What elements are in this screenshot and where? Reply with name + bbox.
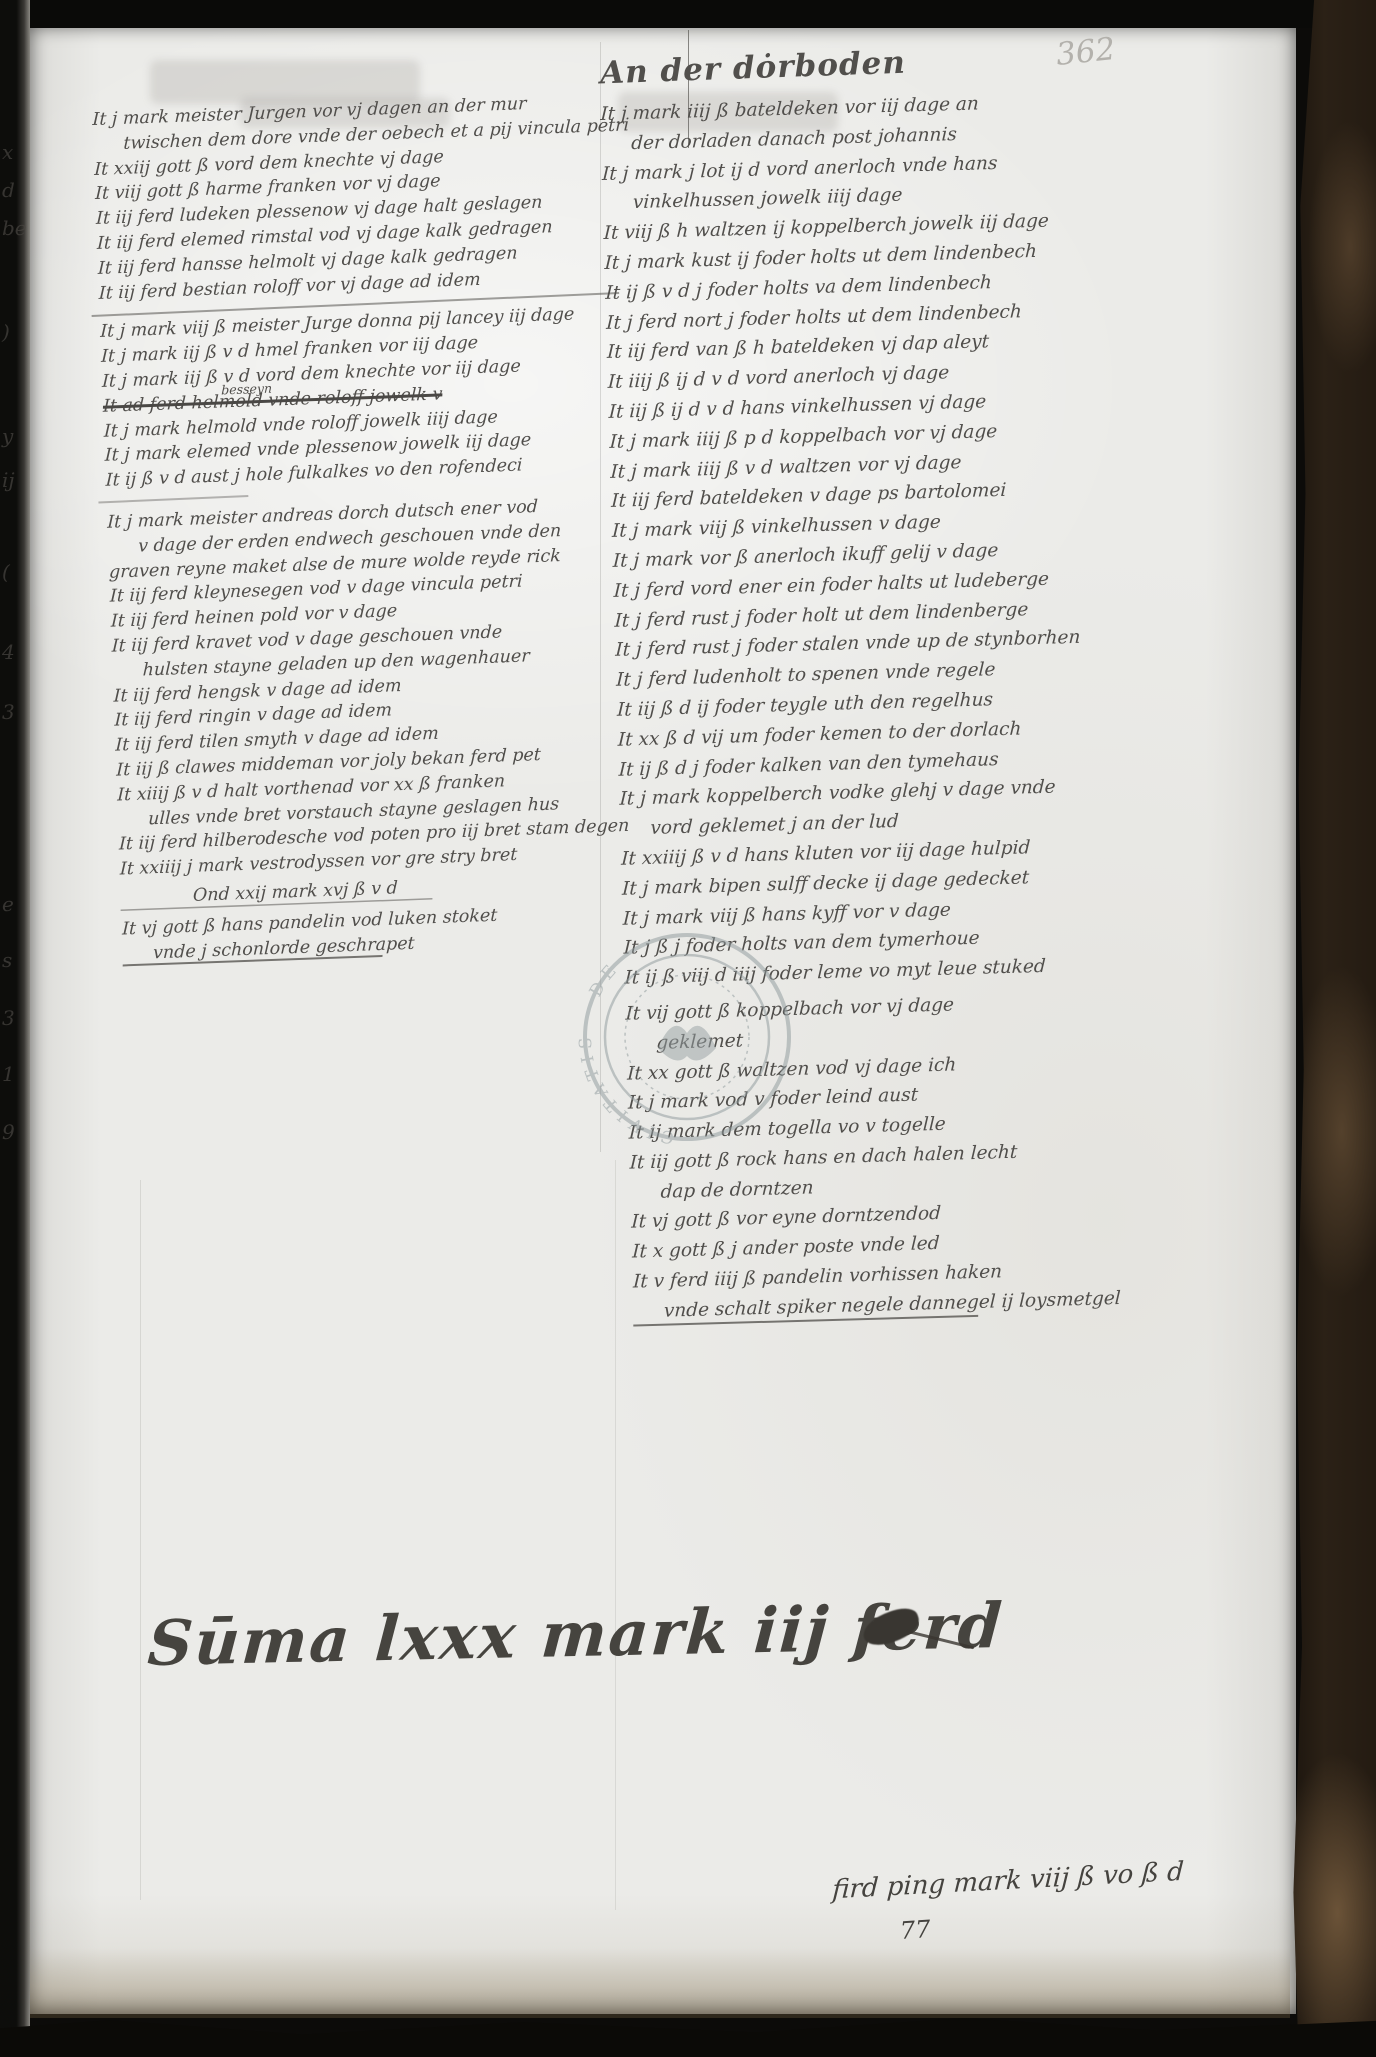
gutter-text-fragment: ) [2,320,10,344]
pen-rule-line [98,495,248,504]
gutter-text-fragment: 3 [2,1006,15,1030]
gutter-text-fragment: ij [2,468,15,492]
gutter-text-fragment: d [2,178,15,202]
archive-seal-stamp: CIVITATIS · DE · [578,928,796,1146]
interlinear-note: besseyn [221,376,273,403]
folio-number: 362 [1054,31,1117,73]
page-bottom-edge [30,1948,1290,2018]
page-crease [140,1180,141,1900]
gutter-text-fragment: 9 [2,1120,15,1144]
book-bottom-edge [0,2016,1376,2057]
gutter-text-fragment: e [2,892,14,916]
gutter-text-fragment: 4 [2,640,15,664]
left-text-column: It j mark meister Jurgen vor vj dagen an… [92,89,643,967]
gutter-text-fragment: s [2,948,12,972]
manuscript-scan: An der dȯrboden 362 It j mark meister Ju… [0,0,1376,2057]
page-crease [615,1160,616,1910]
gutter-text-fragment: 3 [2,700,15,724]
gutter-text-fragment: 1 [2,1062,15,1086]
audit-note-sub: 77 [899,1915,931,1945]
gutter-text-fragment: x [2,140,13,164]
gutter-text-fragment: ( [2,560,10,584]
book-top-edge [0,0,1376,28]
gutter-text-fragment: y [2,424,13,448]
gutter-text-fragment: be [2,216,27,240]
